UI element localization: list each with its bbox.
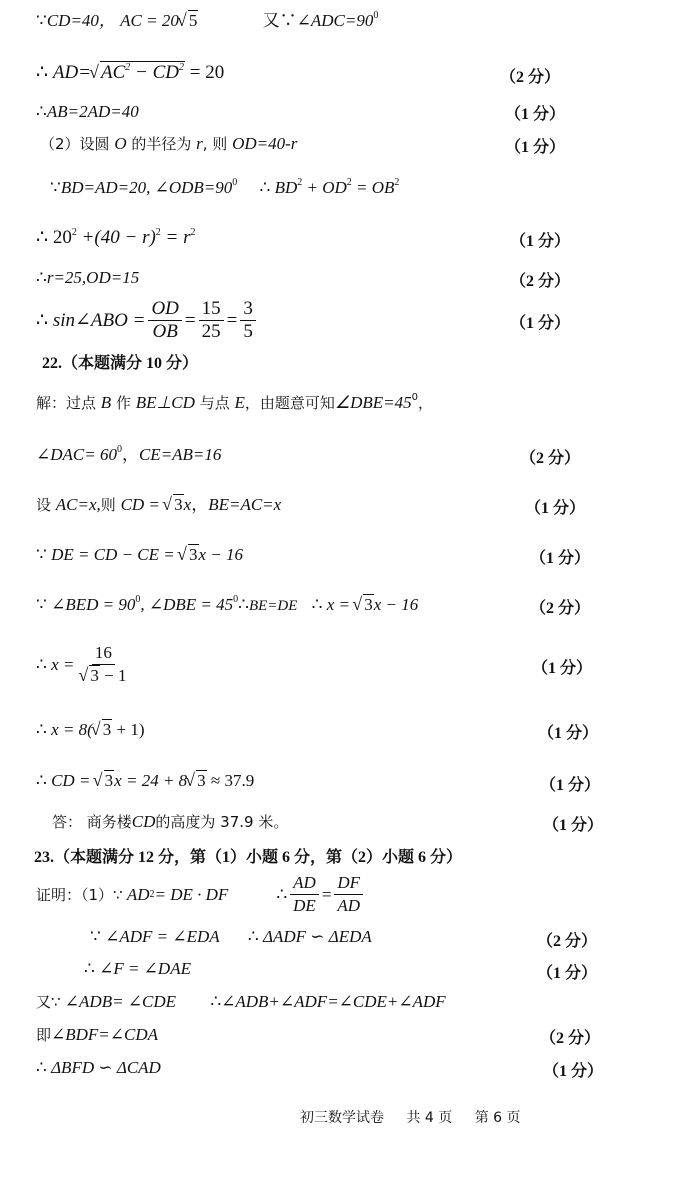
text: 则 xyxy=(101,496,121,514)
math-text: O xyxy=(114,134,126,153)
therefore-symbol: ∴ xyxy=(36,102,47,121)
exponent: 2 xyxy=(191,227,196,238)
math-text: CD = xyxy=(51,771,95,790)
math-text: +(40 − r) xyxy=(77,227,156,248)
math-text: OD=40-r xyxy=(232,134,297,153)
math-text: CD = xyxy=(121,495,165,514)
math-text: BE=AC=x xyxy=(208,495,281,514)
q22-be-equals-de: ∵ ∠BED = 900, ∠DBE = 450∴BE=DE ∴ x = 3x … xyxy=(36,594,418,617)
math-text: , ∠DBE = 45 xyxy=(140,595,233,614)
radicand: 3 xyxy=(104,770,115,790)
math-text: ∠ADF = ∠EDA xyxy=(105,927,220,946)
math-text: DE = CD − CE = xyxy=(51,545,179,564)
text: ，由题意可知 xyxy=(245,394,335,412)
denominator: AD xyxy=(334,895,363,917)
line-r-od-values: ∴r=25,OD=15 xyxy=(36,267,139,289)
total-pages: 共 4 页 xyxy=(406,1110,452,1126)
because-symbol: ∵ xyxy=(36,545,47,564)
text: 答： 商务楼 xyxy=(52,813,132,831)
math-text: = 20 xyxy=(185,62,224,83)
radicand: 3 xyxy=(196,770,207,790)
math-text: ΔADF ∽ ΔEDA xyxy=(263,927,372,946)
math-text: ∠BED = 90 xyxy=(51,595,135,614)
denominator: 25 xyxy=(199,321,224,343)
math-text: BD=AD=20, ∠ODB=90 xyxy=(61,178,232,197)
line-pythagoras: ∵BD=AD=20, ∠ODB=900 ∴ BD2 + OD2 = OB2 xyxy=(50,177,399,199)
equals: = xyxy=(185,310,196,332)
math-text: ∠BDF=∠CDA xyxy=(51,1025,158,1044)
therefore-symbol: ∴ xyxy=(238,595,249,614)
because-symbol: ∵ xyxy=(90,927,101,946)
score-badge: （1 分） xyxy=(505,101,565,124)
sqrt: 3 xyxy=(187,770,207,792)
page-footer: 初三数学试卷 共 4 页 第 6 页 xyxy=(300,1107,521,1127)
math-text: BE=DE xyxy=(249,598,297,614)
because-symbol: ∵ xyxy=(36,11,47,30)
text: 的高度为 37.9 米。 xyxy=(155,813,288,831)
math-text: = DE · DF xyxy=(155,884,229,906)
math-text: E xyxy=(234,393,244,412)
q23-angle-bdf: 即∠BDF=∠CDA xyxy=(36,1024,158,1046)
math-text: x = 8( xyxy=(51,720,93,739)
score-badge: （2 分） xyxy=(540,1025,600,1048)
text: ， xyxy=(122,445,139,464)
exam-name: 初三数学试卷 xyxy=(300,1110,384,1126)
therefore-symbol: ∴ xyxy=(84,959,95,978)
therefore-symbol: ∴ xyxy=(36,227,48,248)
question-23-heading: 23.（本题满分 12 分，第（1）小题 6 分，第（2）小题 6 分） xyxy=(34,844,462,867)
radicand: 3 xyxy=(173,494,184,514)
q22-answer: 答： 商务楼CD的高度为 37.9 米。 xyxy=(52,811,288,833)
sqrt: 3 xyxy=(93,719,113,741)
because-symbol: ∵ xyxy=(36,595,47,614)
math-text: = OB xyxy=(352,178,395,197)
degree-sup: 0 xyxy=(373,10,378,21)
score-badge: （1 分） xyxy=(505,134,565,157)
line-ab-value: ∴AB=2AD=40 xyxy=(36,101,139,123)
math-text: BE⊥CD xyxy=(136,393,195,412)
q23-similar-triangles-1: ∵ ∠ADF = ∠EDA ∴ ΔADF ∽ ΔEDA xyxy=(90,926,372,948)
numerator: AD xyxy=(290,872,319,895)
score-badge: （1 分） xyxy=(510,310,570,333)
numerator: DF xyxy=(334,872,363,895)
math-text: CD xyxy=(132,812,156,831)
fraction: 35 xyxy=(240,298,256,343)
math-text: ∠DBE=45 xyxy=(335,393,412,412)
q23-similar-triangles-2: ∴ ΔBFD ∽ ΔCAD xyxy=(36,1057,161,1079)
score-badge: （1 分） xyxy=(530,545,590,568)
math-text: = r xyxy=(161,227,191,248)
math-text: AD= xyxy=(53,62,91,83)
therefore-symbol: ∴ xyxy=(36,268,47,287)
math-text: AB=2AD=40 xyxy=(47,102,139,121)
text: 即 xyxy=(36,1026,51,1044)
math-text: ∠ADB+∠ADF=∠CDE+∠ADF xyxy=(221,992,446,1011)
math-text: CD=40， xyxy=(47,11,116,30)
score-badge: （1 分） xyxy=(510,228,570,251)
q23-angle-f: ∴ ∠F = ∠DAE xyxy=(84,958,191,980)
q23-proof-start: 证明：（1）∵ AD2 = DE · DF ∴ ADDE = DFAD xyxy=(36,872,366,917)
score-badge: （1 分） xyxy=(540,772,600,795)
denominator: OB xyxy=(150,321,181,343)
text: 的半径为 xyxy=(127,135,197,153)
math-text: ∠F = ∠DAE xyxy=(99,959,191,978)
math-text: − CD xyxy=(130,62,179,83)
score-badge: （2 分） xyxy=(530,595,590,618)
line-part2-setup: （2）设圆 O 的半径为 r, 则 OD=40-r xyxy=(40,133,297,155)
fraction: ODOB xyxy=(148,298,181,343)
score-badge: （2 分） xyxy=(510,268,570,291)
text: 证明：（1）∵ xyxy=(36,884,123,906)
math-text: r xyxy=(196,134,203,153)
text: 解：过点 xyxy=(36,394,101,412)
q22-let-ac-x: 设 AC=x,则 CD = 3x，BE=AC=x xyxy=(36,494,281,516)
math-text: sin∠ABO = xyxy=(53,310,146,332)
math-text: ∠ADC=90 xyxy=(297,11,374,30)
text: ， xyxy=(418,394,433,412)
score-badge: （1 分） xyxy=(538,720,598,743)
text: ， xyxy=(191,495,208,514)
text: 作 xyxy=(111,394,136,412)
therefore-symbol: ∴ xyxy=(312,595,323,614)
q22-angle-dac: ∠DAC= 600，CE=AB=16 xyxy=(36,444,221,466)
exponent: 2 xyxy=(394,177,399,188)
score-badge: （1 分） xyxy=(525,495,585,518)
math-text: x − 16 xyxy=(199,545,244,564)
question-22-heading: 22.（本题满分 10 分） xyxy=(42,350,198,373)
numerator: OD xyxy=(148,298,181,321)
fraction: DFAD xyxy=(334,872,363,917)
radicand: 3 xyxy=(188,544,199,564)
therefore-symbol: ∴ xyxy=(260,178,271,197)
denominator: DE xyxy=(290,895,319,917)
score-badge: （2 分） xyxy=(520,445,580,468)
line-ad-value: ∴ AD=AC2 − CD2 = 20 xyxy=(36,62,224,84)
q22-x-fraction: ∴ x = 163 − 1 xyxy=(36,642,132,687)
sqrt: 3 xyxy=(80,665,100,687)
radicand: 5 xyxy=(188,10,199,30)
text: 又∵ xyxy=(36,993,61,1011)
numerator: 15 xyxy=(199,298,224,321)
therefore-symbol: ∴ xyxy=(36,720,47,739)
score-badge: （1 分） xyxy=(537,960,597,983)
denominator: 5 xyxy=(240,321,256,343)
fraction: 1525 xyxy=(199,298,224,343)
math-text: ∠ADB= ∠CDE xyxy=(65,992,176,1011)
numerator: 3 xyxy=(240,298,256,321)
radicand: 3 xyxy=(363,594,374,614)
exponent: 2 xyxy=(179,62,184,73)
line-equation-r: ∴ 202 +(40 − r)2 = r2 xyxy=(36,227,196,249)
sqrt: 3 xyxy=(164,494,184,516)
text: 设 xyxy=(36,496,56,514)
math-text: r=25,OD=15 xyxy=(47,268,139,287)
score-badge: （2 分） xyxy=(500,64,560,87)
sqrt: AC2 − CD2 xyxy=(91,62,185,84)
math-text: 20 xyxy=(53,227,72,248)
math-text: x − 16 xyxy=(374,595,419,614)
score-badge: （1 分） xyxy=(532,655,592,678)
therefore-symbol: ∴ xyxy=(36,771,47,790)
fraction: 163 − 1 xyxy=(77,642,129,687)
because-symbol: ∵ xyxy=(50,178,61,197)
math-text: B xyxy=(101,393,111,412)
equals: = xyxy=(227,310,238,332)
math-text: ≈ 37.9 xyxy=(207,771,255,790)
math-text: − 1 xyxy=(100,666,127,685)
math-text: AC = 20 xyxy=(120,11,179,30)
math-text: + OD xyxy=(302,178,347,197)
line-given-cd-ac: ∵CD=40， AC = 205 又∵∠ADC=900 xyxy=(36,10,378,32)
therefore-symbol: ∴ xyxy=(210,992,221,1011)
sqrt: 5 xyxy=(179,10,199,32)
q22-cd-value: ∴ CD = 3x = 24 + 83 ≈ 37.9 xyxy=(36,770,254,792)
math-text: x = 24 + 8 xyxy=(114,771,187,790)
score-badge: （1 分） xyxy=(543,1058,603,1081)
therefore-symbol: ∴ xyxy=(36,1058,47,1077)
math-text: AC xyxy=(101,62,125,83)
degree-sup: 0 xyxy=(232,177,237,188)
math-text: ΔBFD ∽ ΔCAD xyxy=(51,1058,161,1077)
line-sin-abo: ∴ sin∠ABO = ODOB = 1525 = 35 xyxy=(36,298,259,343)
math-text: x = xyxy=(51,654,74,676)
therefore-symbol: ∴ xyxy=(248,927,259,946)
math-text: CE=AB=16 xyxy=(139,445,221,464)
therefore-symbol: ∴ xyxy=(36,62,48,83)
score-badge: （2 分） xyxy=(537,928,597,951)
text: 与点 xyxy=(195,394,235,412)
text: （2）设圆 xyxy=(40,135,114,153)
math-text: AD xyxy=(127,884,150,906)
also-because: 又∵ xyxy=(263,11,297,30)
math-text: AC=x, xyxy=(56,495,101,514)
sqrt: 3 xyxy=(354,594,374,616)
numerator: 16 xyxy=(92,642,115,665)
therefore-symbol: ∴ xyxy=(276,884,287,906)
sqrt: 3 xyxy=(179,544,199,566)
math-text: BD xyxy=(275,178,298,197)
equals: = xyxy=(322,884,332,906)
math-text: ∠DAC= 60 xyxy=(36,445,117,464)
math-text: + 1) xyxy=(112,720,144,739)
current-page: 第 6 页 xyxy=(475,1110,521,1126)
text: , 则 xyxy=(203,135,232,153)
q22-de-expression: ∵ DE = CD − CE = 3x − 16 xyxy=(36,544,243,566)
therefore-symbol: ∴ xyxy=(36,654,47,676)
math-text: x = xyxy=(327,595,355,614)
q23-angle-sum: 又∵ ∠ADB= ∠CDE ∴∠ADB+∠ADF=∠CDE+∠ADF xyxy=(36,991,446,1013)
radicand: 3 xyxy=(89,665,100,685)
sqrt: 3 xyxy=(95,770,115,792)
score-badge: （1 分） xyxy=(543,812,603,835)
radicand: 3 xyxy=(102,719,113,739)
q22-solution-intro: 解：过点 B 作 BE⊥CD 与点 E，由题意可知∠DBE=450， xyxy=(36,392,433,414)
therefore-symbol: ∴ xyxy=(36,310,48,332)
fraction: ADDE xyxy=(290,872,319,917)
q22-x-value: ∴ x = 8(3 + 1) xyxy=(36,719,145,741)
